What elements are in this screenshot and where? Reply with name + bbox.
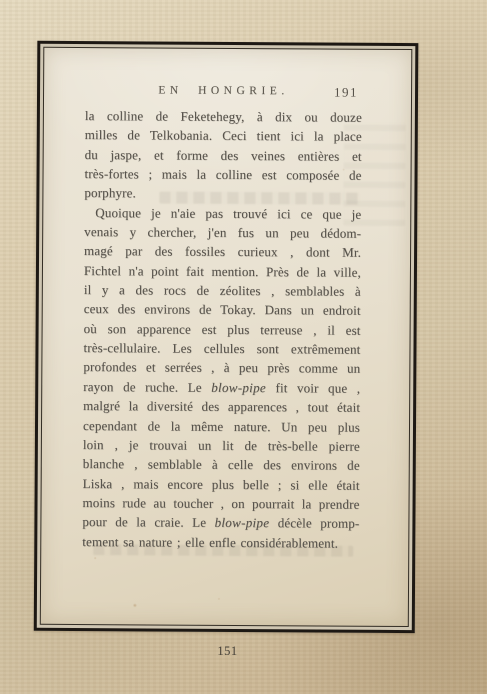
- text-line: cependant de la même nature. Un peu plus: [83, 416, 360, 437]
- text-line: magé par des fossiles curieux , dont Mr.: [84, 241, 361, 262]
- scan-background: EN HONGRIE. 191 la colline de Feketehegy…: [0, 0, 487, 694]
- text-line: Quoique je n'aie pas trouvé ici ce que j…: [84, 203, 361, 224]
- text-column-wrap: EN HONGRIE. 191 la colline de Feketehegy…: [82, 48, 362, 553]
- text-line: profondes et serrées , à peu près comme …: [83, 358, 360, 379]
- text-line: loin , je trouvai un lit de très-belle p…: [83, 435, 360, 456]
- text-line: Liska , mais encore plus belle ; si elle…: [83, 474, 360, 495]
- text-column: la colline de Feketehegy, à dix ou douze…: [82, 106, 362, 553]
- text-line: tement sa nature ; elle enfle considérab…: [82, 532, 359, 553]
- text-line: Fichtel n'a point fait mention. Près de …: [84, 261, 361, 282]
- text-line: venais y chercher, j'en fus un peu dédom…: [84, 222, 361, 243]
- text-line: blanche , semblable à celle des environs…: [83, 454, 360, 475]
- scanned-book-page: EN HONGRIE. 191 la colline de Feketehegy…: [34, 41, 419, 633]
- text-line: malgré la diversité des apparences , tou…: [83, 396, 360, 417]
- text-line: il y a des rocs de zéolites , semblables…: [84, 280, 361, 301]
- text-line: milles de Telkobania. Ceci tient ici la …: [85, 125, 362, 146]
- text-line: ceux des environs de Tokay. Dans un endr…: [84, 299, 361, 320]
- text-line: la colline de Feketehegy, à dix ou douze: [85, 106, 362, 127]
- folio-number: 151: [37, 644, 418, 659]
- page-border-frame: EN HONGRIE. 191 la colline de Feketehegy…: [40, 47, 413, 627]
- text-line: très-fortes ; mais la colline est compos…: [84, 164, 361, 185]
- text-line: pour de la craie. Le blow-pipe décèle pr…: [82, 512, 359, 533]
- text-line: du jaspe, et forme des veines entières e…: [85, 145, 362, 166]
- italic-term: blow-pipe: [215, 515, 270, 530]
- text-line: moins rude au toucher , on pourrait la p…: [82, 493, 359, 514]
- italic-term: blow-pipe: [211, 380, 266, 395]
- header-page-number: 191: [334, 85, 358, 101]
- text-line: porphyre.: [84, 183, 361, 204]
- text-line: très-cellulaire. Les cellules sont extrê…: [83, 338, 360, 359]
- text-line: où son apparence est plus terreuse , il …: [84, 319, 361, 340]
- running-title: EN HONGRIE.: [85, 84, 362, 101]
- text-line: rayon de ruche. Le blow-pipe fit voir qu…: [83, 377, 360, 398]
